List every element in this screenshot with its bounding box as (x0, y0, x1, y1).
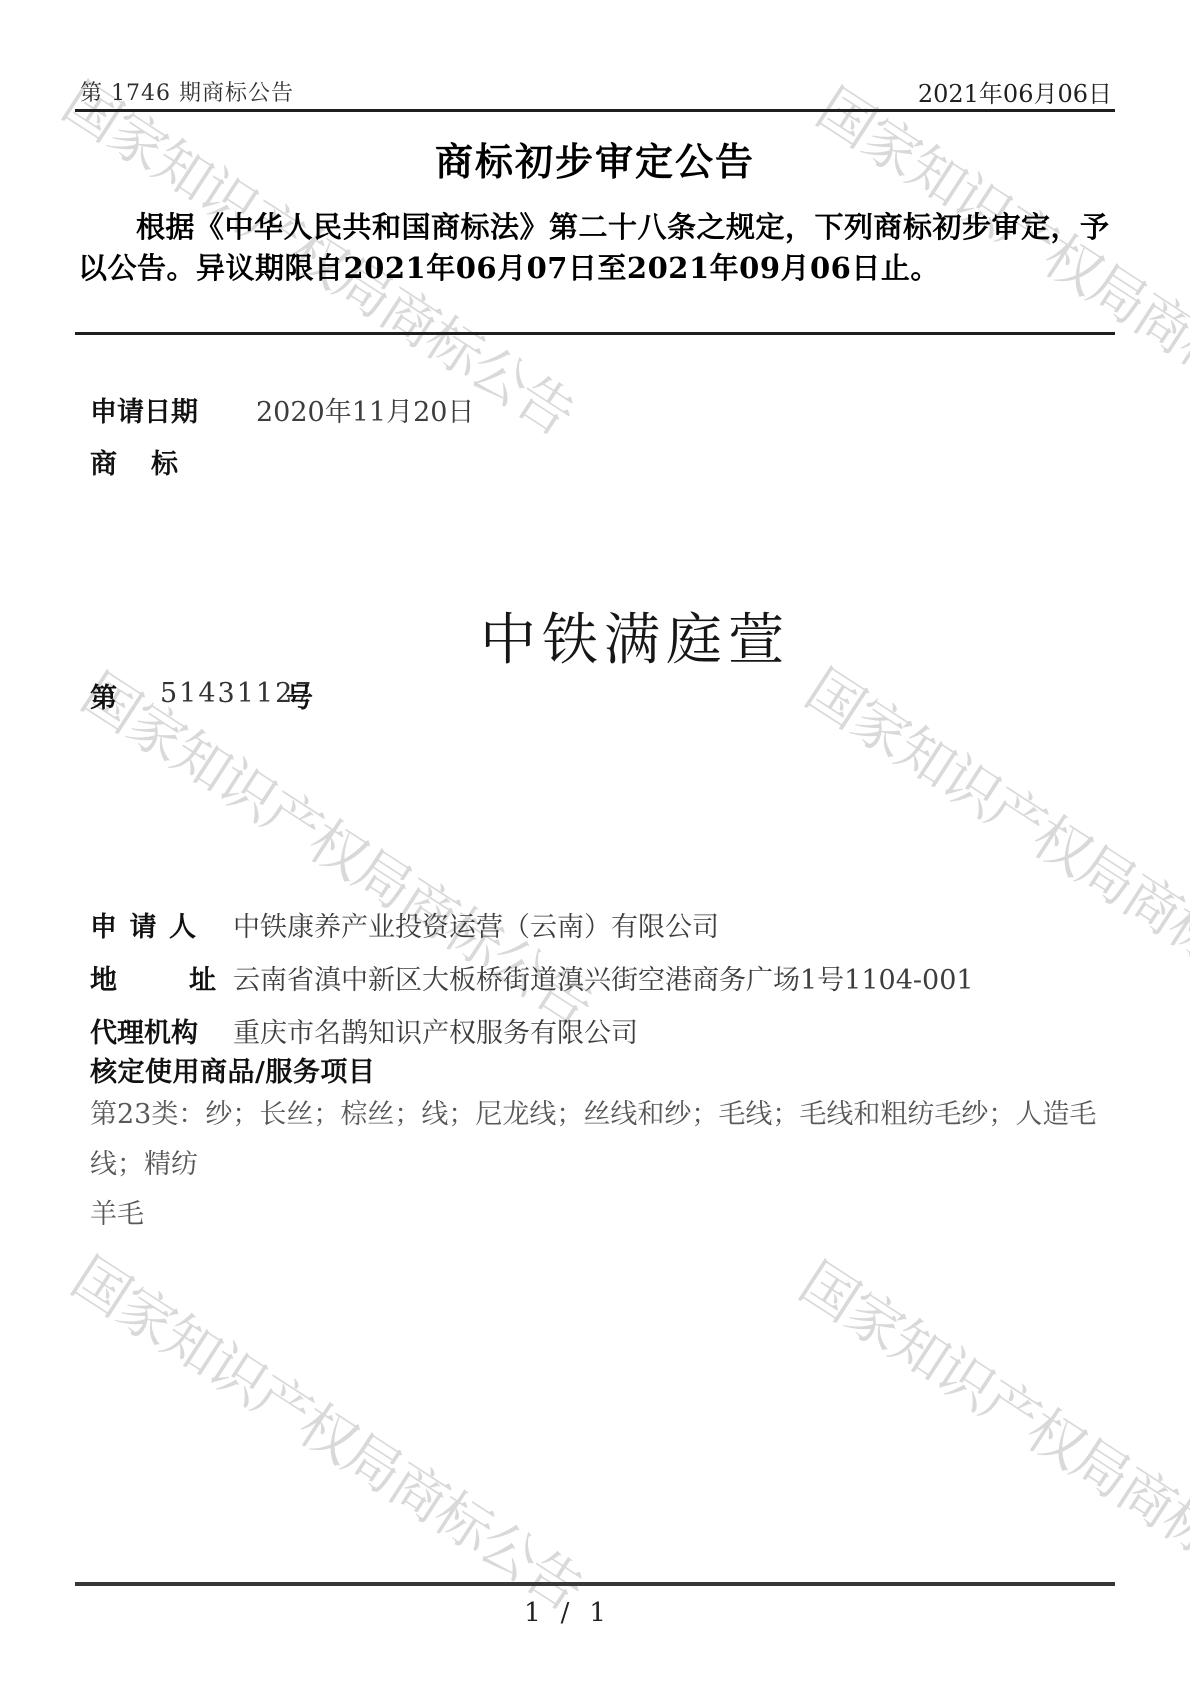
applicant-label-char: 人 (169, 905, 196, 944)
notice-paragraph: 根据《中华人民共和国商标法》第二十八条之规定，下列商标初步审定，予 以公告。异议… (78, 207, 1118, 289)
mark-label-char: 标 (151, 442, 178, 481)
gazette-page: 国家知识产权局商标公告 国家知识产权局商标公告 国家知识产权局商标公告 国家知识… (0, 0, 1190, 1684)
mark-label: 商 标 (90, 442, 178, 481)
page-title: 商标初步审定公告 (0, 131, 1190, 186)
applicant-label-char: 请 (130, 905, 157, 944)
goods-line-2: 羊毛 (90, 1190, 1116, 1240)
agency-value: 重庆市名鹊知识产权服务有限公司 (233, 1011, 638, 1050)
header-rule (75, 109, 1115, 112)
address-label-char: 址 (189, 958, 216, 997)
apply-date-value: 2020年11月20日 (256, 390, 474, 429)
notice-line-2: 以公告。异议期限自2021年06月07日至2021年09月06日止。 (78, 248, 1118, 289)
goods-heading: 核定使用商品/服务项目 (90, 1050, 375, 1089)
applicant-value: 中铁康养产业投资运营（云南）有限公司 (233, 905, 719, 944)
applicant-label: 申 请 人 (90, 905, 196, 944)
address-label-char: 地 (90, 958, 117, 997)
pagination: 1/1 (430, 1598, 700, 1628)
page-total: 1 (589, 1598, 606, 1628)
publication-date: 2021年06月06日 (918, 74, 1112, 109)
address-label: 地 址 (90, 958, 216, 997)
apply-date-label: 申请日期 (90, 390, 198, 429)
agency-label: 代理机构 (90, 1011, 198, 1050)
page-current: 1 (524, 1598, 541, 1628)
footer-rule (75, 1582, 1115, 1586)
page-separator: / (561, 1598, 570, 1628)
applicant-label-char: 申 (90, 905, 117, 944)
goods-line-1: 第23类：纱；长丝；棕丝；线；尼龙线；丝线和纱；毛线；毛线和粗纺毛纱；人造毛线；… (90, 1090, 1116, 1190)
trademark-name: 中铁满庭萱 (420, 596, 850, 676)
section-rule (75, 332, 1115, 335)
notice-line-1: 根据《中华人民共和国商标法》第二十八条之规定，下列商标初步审定，予 (78, 207, 1118, 248)
address-value: 云南省滇中新区大板桥街道滇兴街空港商务广场1号1104-001 (233, 958, 974, 997)
reg-suffix-label: 号 (286, 676, 313, 715)
goods-list: 第23类：纱；长丝；棕丝；线；尼龙线；丝线和纱；毛线；毛线和粗纺毛纱；人造毛线；… (90, 1090, 1116, 1240)
reg-prefix-label: 第 (90, 676, 117, 715)
gazette-content: 第 1746 期商标公告 2021年06月06日 商标初步审定公告 根据《中华人… (0, 0, 1190, 1684)
issue-number: 第 1746 期商标公告 (80, 76, 294, 107)
mark-label-char: 商 (90, 442, 117, 481)
